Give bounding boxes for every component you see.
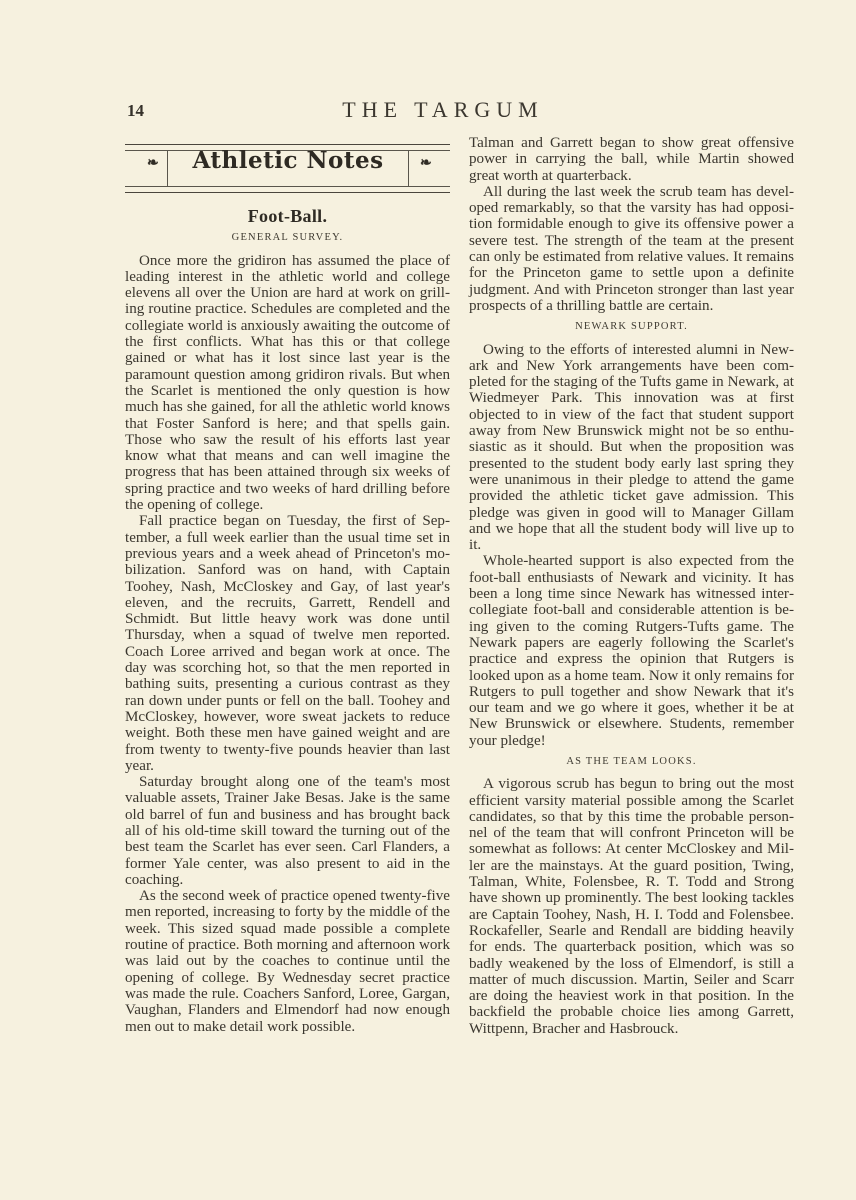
paragraph: Fall practice began on Tuesday, the firs…	[125, 513, 450, 774]
section-heading: GENERAL SURVEY.	[125, 230, 450, 246]
leaf-ornament-icon: ❧	[147, 156, 159, 172]
leaf-ornament-icon: ❧	[420, 156, 432, 172]
running-title: THE TARGUM	[0, 97, 856, 123]
section-heading: AS THE TEAM LOOKS.	[469, 754, 794, 770]
paragraph: Once more the gridiron has assumed the p…	[125, 253, 450, 514]
paragraph: All during the last week the scrub team …	[469, 184, 794, 314]
paragraph: A vigorous scrub has begun to bring out …	[469, 776, 794, 1037]
section-heading: NEWARK SUPPORT.	[469, 319, 794, 335]
paragraph: Talman and Garrett began to show great o…	[469, 135, 794, 184]
left-column: ❧ Athletic Notes ❧ Foot-Ball. GENERAL SU…	[125, 144, 450, 1035]
paragraph: Whole-hearted support is also expected f…	[469, 553, 794, 749]
paragraph: As the second week of practice opened tw…	[125, 888, 450, 1035]
article-title: Foot-Ball.	[125, 208, 450, 224]
banner-rule	[125, 192, 450, 193]
banner-rule	[125, 186, 450, 187]
banner-rule	[125, 144, 450, 145]
banner-divider	[408, 150, 409, 186]
section-banner-title: Athletic Notes	[168, 153, 408, 169]
paragraph: Saturday brought along one of the team's…	[125, 774, 450, 888]
paragraph: Owing to the efforts of interested alumn…	[469, 342, 794, 554]
athletic-notes-banner: ❧ Athletic Notes ❧	[125, 144, 450, 192]
right-column: Talman and Garrett began to show great o…	[469, 135, 794, 1037]
